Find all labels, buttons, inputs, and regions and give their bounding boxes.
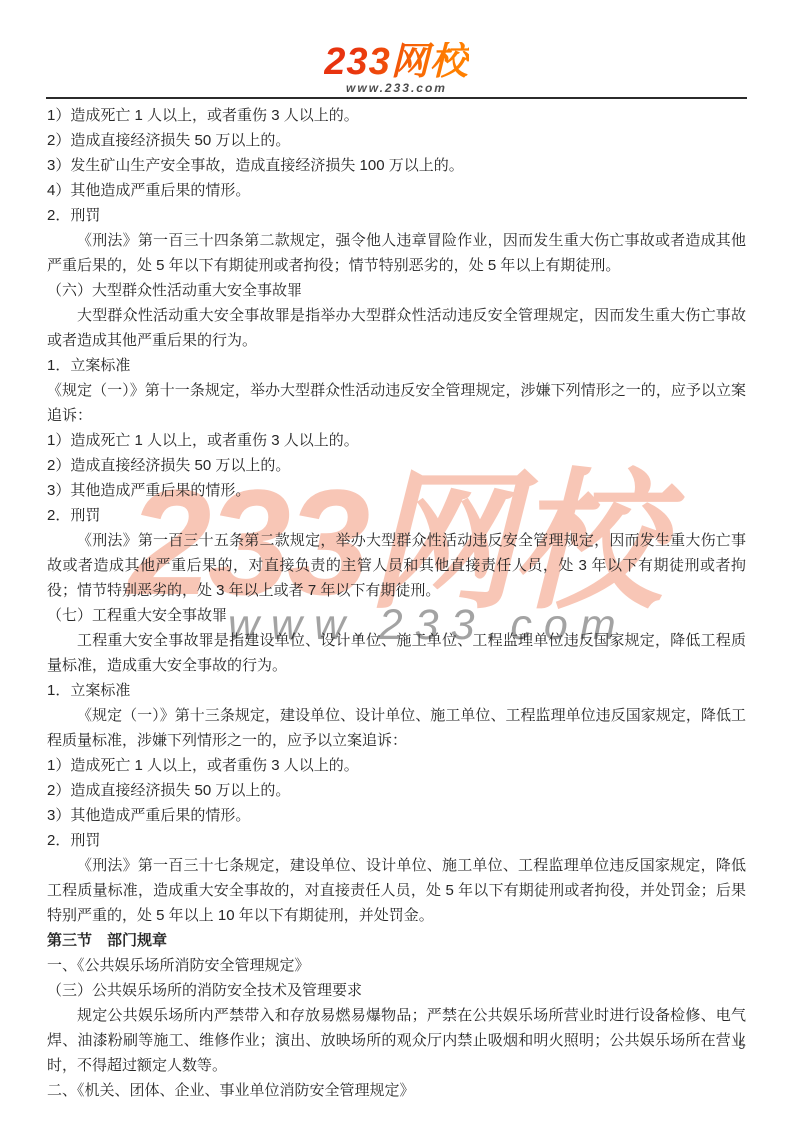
page-number: 5 — [738, 1038, 745, 1052]
paragraph-item: 1）造成死亡 1 人以上，或者重伤 3 人以上的。 — [47, 753, 746, 778]
paragraph-item: 1）造成死亡 1 人以上，或者重伤 3 人以上的。 — [47, 103, 746, 128]
paragraph-plain: （七）工程重大安全事故罪 — [47, 603, 746, 628]
paragraph-plain: （三）公共娱乐场所的消防安全技术及管理要求 — [47, 978, 746, 1003]
paragraph-indent: 《规定（一）》第十三条规定，建设单位、设计单位、施工单位、工程监理单位违反国家规… — [47, 703, 746, 753]
paragraph-indent: 大型群众性活动重大安全事故罪是指举办大型群众性活动违反安全管理规定，因而发生重大… — [47, 303, 746, 353]
paragraph-item: 2）造成直接经济损失 50 万以上的。 — [47, 778, 746, 803]
paragraph-item: 1）造成死亡 1 人以上，或者重伤 3 人以上的。 — [47, 428, 746, 453]
paragraph-item: 3）其他造成严重后果的情形。 — [47, 478, 746, 503]
paragraph-item: 4）其他造成严重后果的情形。 — [47, 178, 746, 203]
paragraph-indent: 《刑法》第一百三十七条规定，建设单位、设计单位、施工单位、工程监理单位违反国家规… — [47, 853, 746, 928]
paragraph-item: 2）造成直接经济损失 50 万以上的。 — [47, 453, 746, 478]
paragraph-item: 2）造成直接经济损失 50 万以上的。 — [47, 128, 746, 153]
paragraph-plain: 2．刑罚 — [47, 828, 746, 853]
paragraph-section: 第三节 部门规章 — [47, 928, 746, 953]
document-body: 1）造成死亡 1 人以上，或者重伤 3 人以上的。2）造成直接经济损失 50 万… — [47, 99, 746, 1103]
page-header: 233网校 www.233.com — [0, 0, 793, 95]
paragraph-item: 3）发生矿山生产安全事故，造成直接经济损失 100 万以上的。 — [47, 153, 746, 178]
paragraph-plain: 一、《公共娱乐场所消防安全管理规定》 — [47, 953, 746, 978]
paragraph-plain: 2．刑罚 — [47, 503, 746, 528]
paragraph-plain: 二、《机关、团体、企业、事业单位消防安全管理规定》 — [47, 1078, 746, 1103]
paragraph-indent: 《刑法》第一百三十五条第二款规定，举办大型群众性活动违反安全管理规定，因而发生重… — [47, 528, 746, 603]
paragraph-indent: 工程重大安全事故罪是指建设单位、设计单位、施工单位、工程监理单位违反国家规定，降… — [47, 628, 746, 678]
paragraph-plain: 2．刑罚 — [47, 203, 746, 228]
paragraph-plain: 《规定（一）》第十一条规定，举办大型群众性活动违反安全管理规定，涉嫌下列情形之一… — [47, 378, 746, 428]
paragraph-indent: 规定公共娱乐场所内严禁带入和存放易燃易爆物品；严禁在公共娱乐场所营业时进行设备检… — [47, 1003, 746, 1078]
paragraph-indent: 《刑法》第一百三十四条第二款规定，强令他人违章冒险作业，因而发生重大伤亡事故或者… — [47, 228, 746, 278]
document-page: 233网校 www.233.com 233网校 www.233.com 1）造成… — [0, 0, 793, 1122]
paragraph-plain: 1．立案标准 — [47, 353, 746, 378]
paragraph-plain: 1．立案标准 — [47, 678, 746, 703]
site-logo-url: www.233.com — [0, 82, 793, 95]
paragraph-item: 3）其他造成严重后果的情形。 — [47, 803, 746, 828]
paragraph-plain: （六）大型群众性活动重大安全事故罪 — [47, 278, 746, 303]
site-logo: 233网校 — [324, 42, 468, 82]
